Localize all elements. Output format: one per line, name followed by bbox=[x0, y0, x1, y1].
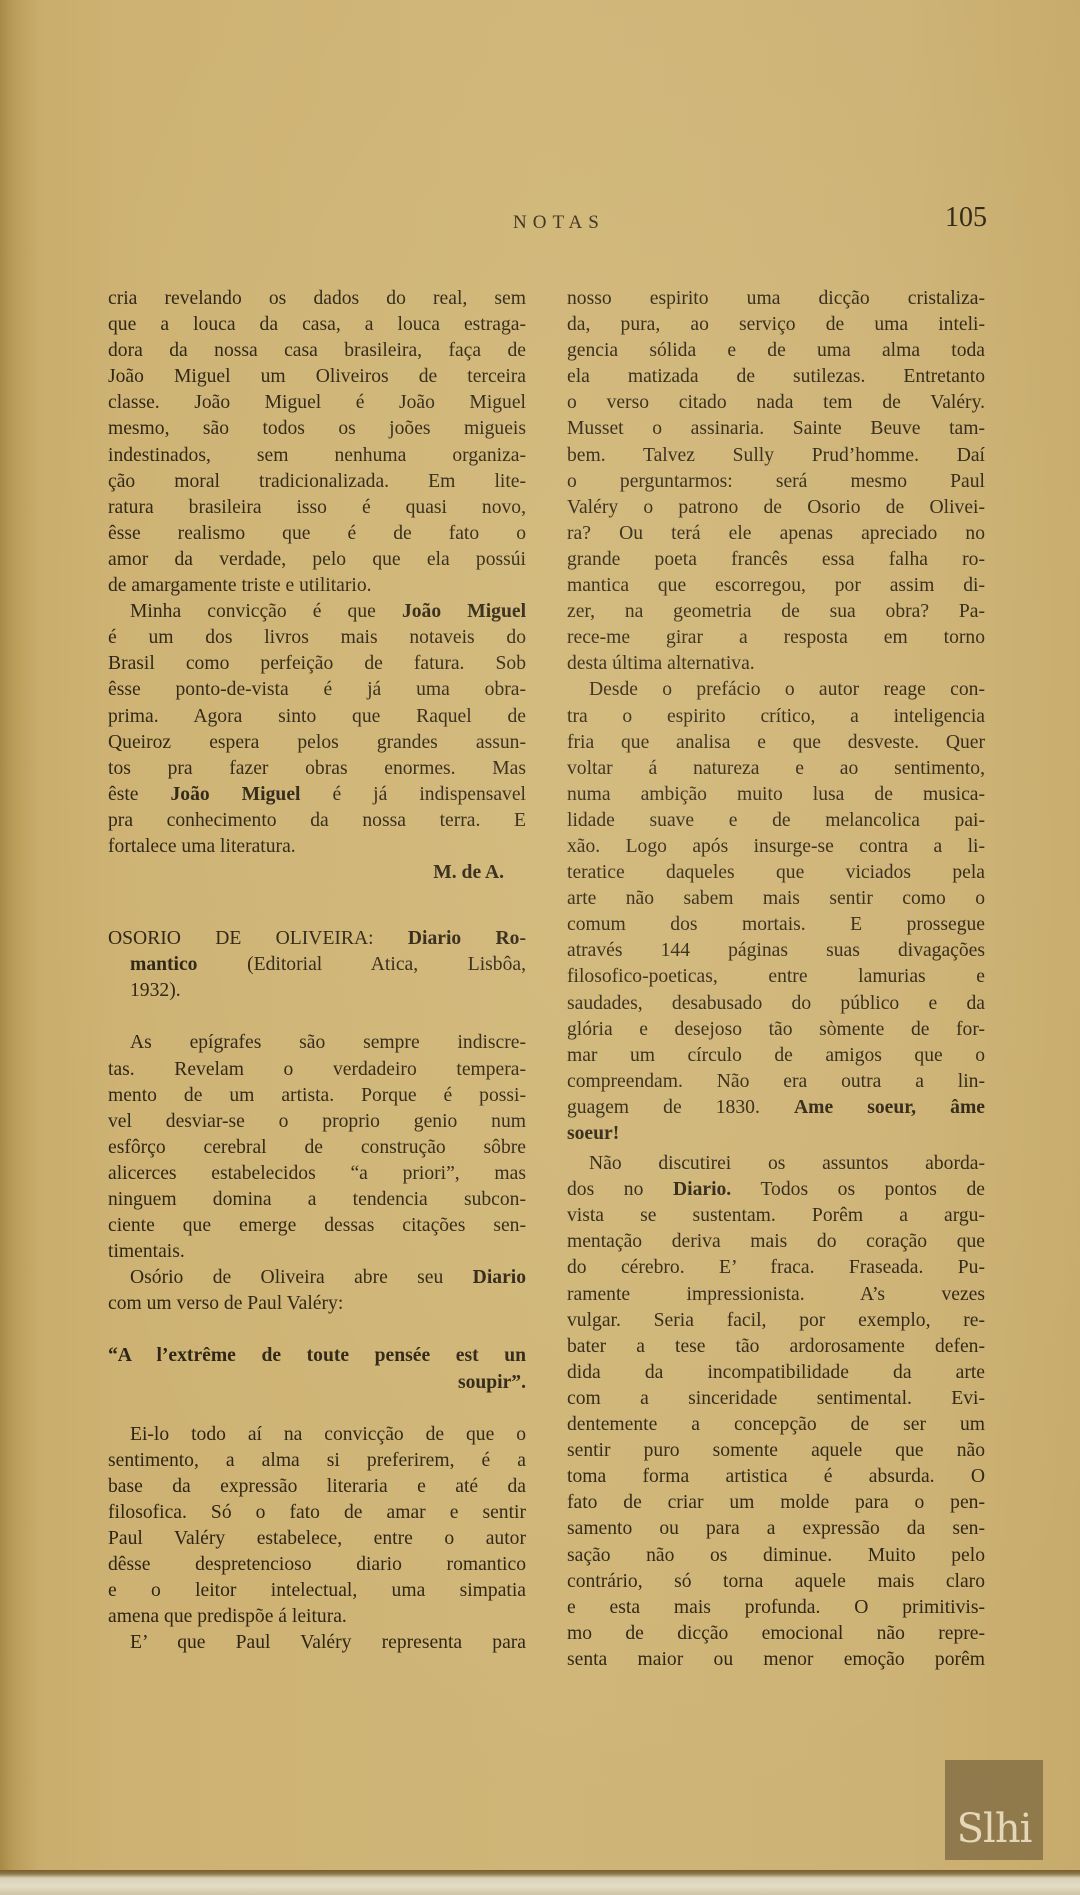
text-line: cria revelando os dados do real, sem bbox=[108, 286, 526, 312]
text-line: Paul Valéry estabelece, entre o autor bbox=[108, 1526, 526, 1552]
text-line: Ei-lo todo aí na convicção de que o bbox=[108, 1422, 526, 1448]
text-line: bater a tese tão ardorosamente defen- bbox=[567, 1334, 985, 1360]
text-line: grande poeta francês essa falha ro- bbox=[567, 547, 985, 573]
text-line: sação não os diminue. Muito pelo bbox=[567, 1543, 985, 1569]
text-line: que a louca da casa, a louca estraga- bbox=[108, 312, 526, 338]
text-line: soeur! bbox=[567, 1121, 985, 1147]
left-column: cria revelando os dados do real, sem que… bbox=[108, 286, 526, 1657]
spacer bbox=[108, 912, 526, 926]
epigraph-quote: “A l’extrême de toute pensée est un bbox=[108, 1343, 526, 1369]
text-line: êsse realismo que é de fato o bbox=[108, 521, 526, 547]
text-line: Valéry o patrono de Osorio de Olivei- bbox=[567, 495, 985, 521]
text-line: através 144 páginas suas divagações bbox=[567, 938, 985, 964]
text-line: Desde o prefácio o autor reage con- bbox=[567, 677, 985, 703]
epigraph-quote: soupir”. bbox=[108, 1370, 526, 1396]
text-line: E’ que Paul Valéry representa para bbox=[108, 1630, 526, 1656]
text-line: compreendam. Não era outra a lin- bbox=[567, 1069, 985, 1095]
text-line: mo de dicção emocional não repre- bbox=[567, 1621, 985, 1647]
text-line: Não discutirei os assuntos aborda- bbox=[567, 1151, 985, 1177]
text-line: voltar á natureza e ao sentimento, bbox=[567, 756, 985, 782]
text-line: o verso citado nada tem de Valéry. bbox=[567, 390, 985, 416]
text-line: de amargamente triste e utilitario. bbox=[108, 573, 526, 599]
text-line: numa ambição muito lusa de musica- bbox=[567, 782, 985, 808]
text-line: Minha convicção é que João Miguel bbox=[108, 599, 526, 625]
book-title: João Miguel bbox=[170, 784, 300, 805]
text-line: amor da verdade, pelo que ela possúi bbox=[108, 547, 526, 573]
text-line: amena que predispõe á leitura. bbox=[108, 1604, 526, 1630]
page-bottom-edge bbox=[0, 1870, 1080, 1895]
text-line: da, pura, ao serviço de uma inteli- bbox=[567, 312, 985, 338]
text-line: Brasil como perfeição de fatura. Sob bbox=[108, 651, 526, 677]
text-line: guagem de 1830. Ame soeur, âme bbox=[567, 1095, 985, 1121]
book-page: NOTAS 105 cria revelando os dados do rea… bbox=[0, 0, 1080, 1875]
text-line: ra? Ou terá ele apenas apreciado no bbox=[567, 521, 985, 547]
text-line: esfôrço cerebral de construção sôbre bbox=[108, 1135, 526, 1161]
text-line: bem. Talvez Sully Prud’homme. Daí bbox=[567, 443, 985, 469]
text-line: dentemente a concepção de ser um bbox=[567, 1412, 985, 1438]
text-line: vista se sustentam. Porêm a argu- bbox=[567, 1203, 985, 1229]
book-title: João Miguel bbox=[402, 601, 526, 622]
text-line: fato de criar um molde para o pen- bbox=[567, 1490, 985, 1516]
text-line: glória e desejoso tão sòmente de for- bbox=[567, 1017, 985, 1043]
text-line: contrário, só torna aquele mais claro bbox=[567, 1569, 985, 1595]
text-line: ção moral tradicionalizada. Em lite- bbox=[108, 469, 526, 495]
text-line: ciente que emerge dessas citações sen- bbox=[108, 1213, 526, 1239]
text-line: com a sinceridade sentimental. Evi- bbox=[567, 1386, 985, 1412]
text-line: desta última alternativa. bbox=[567, 651, 985, 677]
text-line: tra o espirito crítico, a inteligencia bbox=[567, 704, 985, 730]
text-line: o perguntarmos: será mesmo Paul bbox=[567, 469, 985, 495]
text-line: é um dos livros mais notaveis do bbox=[108, 625, 526, 651]
running-title: NOTAS bbox=[513, 212, 605, 234]
text-line: As epígrafes são sempre indiscre- bbox=[108, 1030, 526, 1056]
spacer bbox=[108, 1396, 526, 1422]
text-line: sentimento, a alma si preferirem, é a bbox=[108, 1448, 526, 1474]
text-line: timentais. bbox=[108, 1239, 526, 1265]
text-line: gencia sólida e de uma alma toda bbox=[567, 338, 985, 364]
text-line: tas. Revelam o verdadeiro tempera- bbox=[108, 1057, 526, 1083]
text-line: Osório de Oliveira abre seu Diario bbox=[108, 1265, 526, 1291]
text-line: Musset o assinaria. Sainte Beuve tam- bbox=[567, 416, 985, 442]
text-line: teratice daqueles que viciados pela bbox=[567, 860, 985, 886]
text-line: sentir puro somente aquele que não bbox=[567, 1438, 985, 1464]
text-line: com um verso de Paul Valéry: bbox=[108, 1291, 526, 1317]
text-line: mesmo, são todos os joões migueis bbox=[108, 416, 526, 442]
text-line: e o leitor intelectual, uma simpatia bbox=[108, 1578, 526, 1604]
text-line: toma forma artistica é absurda. O bbox=[567, 1464, 985, 1490]
text-line: senta maior ou menor emoção porêm bbox=[567, 1647, 985, 1673]
spacer bbox=[108, 886, 526, 912]
text-line: ramente impressionista. A’s vezes bbox=[567, 1282, 985, 1308]
spacer bbox=[108, 1004, 526, 1030]
review-heading: 1932). bbox=[108, 978, 526, 1004]
text-line: dora da nossa casa brasileira, faça de bbox=[108, 338, 526, 364]
text-line: filosofico-poeticas, entre lamurias e bbox=[567, 964, 985, 990]
text-line: zer, na geometria de sua obra? Pa- bbox=[567, 599, 985, 625]
text-line: mar um círculo de amigos que o bbox=[567, 1043, 985, 1069]
text-line: indestinados, sem nenhuma organiza- bbox=[108, 443, 526, 469]
text-line: ratura brasileira isso é quasi novo, bbox=[108, 495, 526, 521]
text-line: João Miguel um Oliveiros de terceira bbox=[108, 364, 526, 390]
text-line: mantica que escorregou, por assim di- bbox=[567, 573, 985, 599]
text-line: dida da incompatibilidade da arte bbox=[567, 1360, 985, 1386]
right-column: nosso espirito uma dicção cristaliza- da… bbox=[567, 286, 985, 1673]
text-line: vel desviar-se o proprio genio num bbox=[108, 1109, 526, 1135]
text-line: dêsse despretencioso diario romantico bbox=[108, 1552, 526, 1578]
text-line: êsse ponto-de-vista é já uma obra- bbox=[108, 677, 526, 703]
text-line: arte não sabem mais sentir como o bbox=[567, 886, 985, 912]
text-line: xão. Logo após insurge-se contra a li- bbox=[567, 834, 985, 860]
slhi-watermark-logo: Slhi bbox=[945, 1760, 1043, 1860]
review-heading: OSORIO DE OLIVEIRA: Diario Ro- bbox=[108, 926, 526, 952]
text-line: dos no Diario. Todos os pontos de bbox=[567, 1177, 985, 1203]
text-line: fortalece uma literatura. bbox=[108, 834, 526, 860]
text-line: classe. João Miguel é João Miguel bbox=[108, 390, 526, 416]
text-line: do cérebro. E’ fraca. Fraseada. Pu- bbox=[567, 1255, 985, 1281]
page-number: 105 bbox=[945, 202, 987, 234]
review-heading: mantico (Editorial Atica, Lisbôa, bbox=[108, 952, 526, 978]
text-line: nosso espirito uma dicção cristaliza- bbox=[567, 286, 985, 312]
signature: M. de A. bbox=[108, 860, 526, 886]
text-line: lidade suave e de melancolica pai- bbox=[567, 808, 985, 834]
text-line: mento de um artista. Porque é possi- bbox=[108, 1083, 526, 1109]
text-line: rece-me girar a resposta em torno bbox=[567, 625, 985, 651]
text-line: comum dos mortais. E prossegue bbox=[567, 912, 985, 938]
spacer bbox=[108, 1317, 526, 1343]
text-line: fria que analisa e que desveste. Quer bbox=[567, 730, 985, 756]
text-line: mentação deriva mais do coração que bbox=[567, 1229, 985, 1255]
text-line: samento ou para a expressão da sen- bbox=[567, 1516, 985, 1542]
text-line: prima. Agora sinto que Raquel de bbox=[108, 704, 526, 730]
text-line: ela matizada de sutilezas. Entretanto bbox=[567, 364, 985, 390]
text-line: base da expressão literaria e até da bbox=[108, 1474, 526, 1500]
text-line: Queiroz espera pelos grandes assun- bbox=[108, 730, 526, 756]
text-line: tos pra fazer obras enormes. Mas bbox=[108, 756, 526, 782]
text-line: êste João Miguel é já indispensavel bbox=[108, 782, 526, 808]
text-line: vulgar. Seria facil, por exemplo, re- bbox=[567, 1308, 985, 1334]
text-line: alicerces estabelecidos “a priori”, mas bbox=[108, 1161, 526, 1187]
text-line: e esta mais profunda. O primitivis- bbox=[567, 1595, 985, 1621]
text-line: filosofica. Só o fato de amar e sentir bbox=[108, 1500, 526, 1526]
text-line: saudades, desabusado do público e da bbox=[567, 991, 985, 1017]
text-line: ninguem domina a tendencia subcon- bbox=[108, 1187, 526, 1213]
text-line: pra conhecimento da nossa terra. E bbox=[108, 808, 526, 834]
